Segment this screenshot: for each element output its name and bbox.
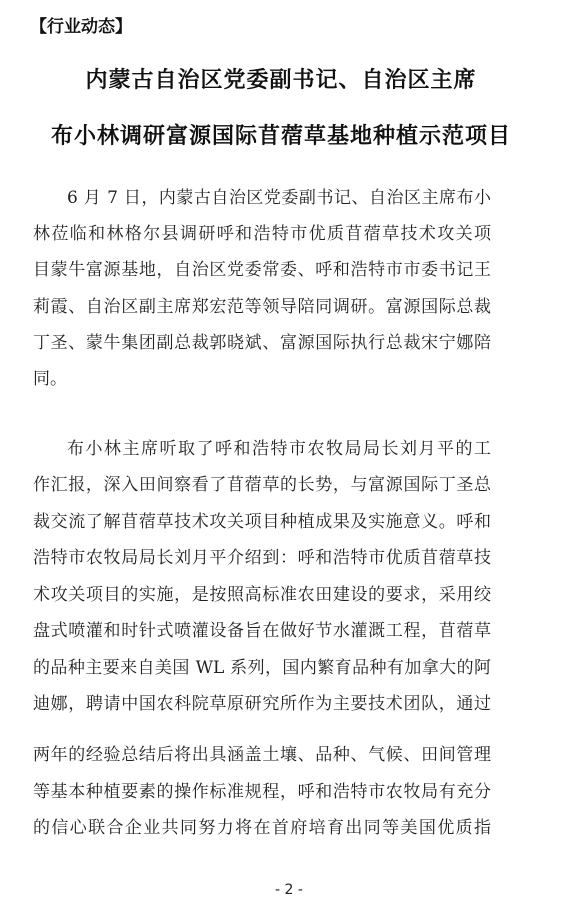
- paragraph-line: 莉霞、自治区副主席郑宏范等领导陪同调研。富源国际总裁: [33, 295, 491, 319]
- paragraph-line: 等基本种植要素的操作标准规程，呼和浩特市农牧局有充分: [33, 780, 491, 804]
- paragraph-line: 同。: [33, 367, 491, 391]
- page-number: - 2 -: [0, 882, 578, 898]
- paragraph-line: 两年的经验总结后将出具涵盖土壤、品种、气候、田间管理: [33, 743, 491, 767]
- document-page: 【行业动态】 内蒙古自治区党委副书记、自治区主席 布小林调研富源国际苜蓿草基地种…: [0, 0, 578, 911]
- paragraph-line: 术攻关项目的实施，是按照高标准农田建设的要求，采用绞: [33, 583, 491, 607]
- paragraph-line: 布小林主席听取了呼和浩特市农牧局局长刘月平的工: [67, 437, 491, 461]
- article-title-line-1: 内蒙古自治区党委副书记、自治区主席: [0, 63, 570, 94]
- paragraph-line: 盘式喷灌和时针式喷灌设备旨在做好节水灌溉工程，苜蓿草: [33, 619, 491, 643]
- paragraph-line: 目蒙牛富源基地，自治区党委常委、呼和浩特市市委书记王: [33, 258, 491, 282]
- paragraph-line: 的品种主要来自美国 WL 系列，国内繁育品种有加拿大的阿: [33, 656, 491, 680]
- paragraph-line: 的信心联合企业共同努力将在首府培育出同等美国优质指: [33, 816, 491, 840]
- paragraph-line: 迪娜，聘请中国农科院草原研究所作为主要技术团队，通过: [33, 692, 491, 716]
- article-title-line-2: 布小林调研富源国际苜蓿草基地种植示范项目: [0, 119, 570, 150]
- paragraph-line: 裁交流了解苜蓿草技术攻关项目种植成果及实施意义。呼和: [33, 510, 491, 534]
- paragraph-line: 丁圣、蒙牛集团副总裁郭晓斌、富源国际执行总裁宋宁娜陪: [33, 331, 491, 355]
- paragraph-line: 林莅临和林格尔县调研呼和浩特市优质苜蓿草技术攻关项: [33, 222, 491, 246]
- paragraph-line: 浩特市农牧局局长刘月平介绍到：呼和浩特市优质苜蓿草技: [33, 546, 491, 570]
- paragraph-line: 作汇报，深入田间察看了苜蓿草的长势，与富源国际丁圣总: [33, 473, 491, 497]
- section-tag: 【行业动态】: [30, 12, 132, 37]
- paragraph-line: 6 月 7 日，内蒙古自治区党委副书记、自治区主席布小: [67, 186, 491, 210]
